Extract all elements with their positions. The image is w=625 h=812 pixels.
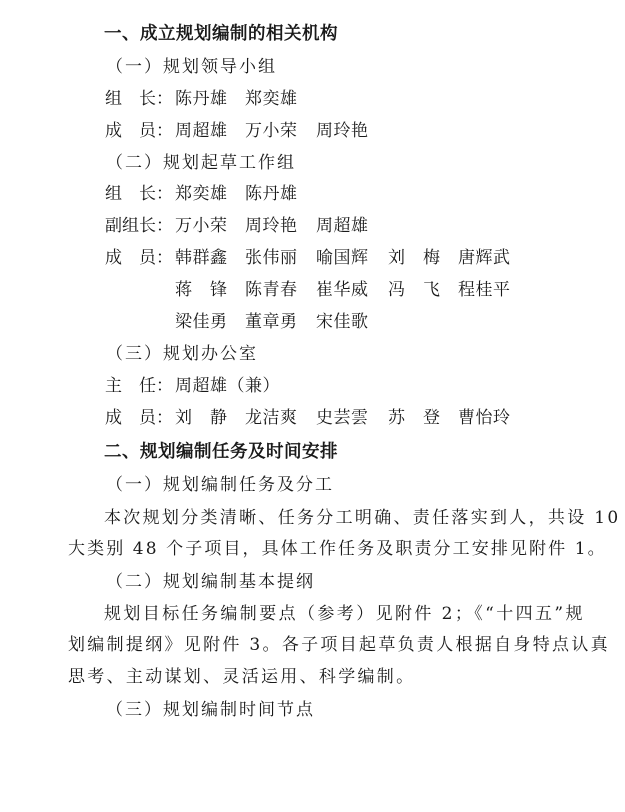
member-name: 龙洁爽	[245, 407, 298, 429]
member-name: 刘 静	[175, 407, 228, 429]
paragraph-line: 大类别 48 个子项目，具体工作任务及职责分工安排见附件 1。	[68, 538, 607, 560]
role-label: 成 员：	[105, 120, 173, 142]
subsection-title-planning-office: （三）规划办公室	[106, 343, 258, 365]
member-name: 史芸雲	[316, 407, 369, 429]
member-name: 崔华威	[316, 279, 369, 301]
member-name: 陈丹雄	[245, 183, 298, 205]
paragraph-line: 划编制提纲》见附件 3。各子项目起草负责人根据自身特点认真	[68, 634, 610, 656]
member-name: 程桂平	[458, 279, 511, 301]
member-name: 陈丹雄	[175, 88, 228, 110]
member-name: 冯 飞	[388, 279, 441, 301]
member-name: 郑奕雄	[175, 183, 228, 205]
document-page: 一、成立规划编制的相关机构 （一）规划领导小组 组 长： 陈丹雄 郑奕雄 成 员…	[0, 0, 625, 812]
member-name: 梁佳勇	[175, 311, 228, 333]
role-label: 成 员：	[105, 407, 173, 429]
section-heading-2: 二、规划编制任务及时间安排	[104, 441, 338, 463]
member-name: 蒋 锋	[175, 279, 228, 301]
member-name: 曹怡玲	[458, 407, 511, 429]
member-name: 张伟丽	[245, 247, 298, 269]
member-name: 万小荣	[175, 215, 228, 237]
subsection-title-timeline: （三）规划编制时间节点	[106, 699, 315, 721]
member-name: 陈青春	[245, 279, 298, 301]
role-label: 成 员：	[105, 247, 173, 269]
member-name: 韩群鑫	[175, 247, 228, 269]
member-name: 宋佳歌	[316, 311, 369, 333]
paragraph-line: 本次规划分类清晰、任务分工明确、责任落实到人，共设 10	[104, 507, 620, 529]
member-name: 喻国辉	[316, 247, 369, 269]
member-name: 唐辉武	[458, 247, 511, 269]
member-name: 刘 梅	[388, 247, 441, 269]
section-heading-1: 一、成立规划编制的相关机构	[104, 23, 338, 45]
subsection-title-outline: （二）规划编制基本提纲	[106, 571, 315, 593]
member-name: 苏 登	[388, 407, 441, 429]
subsection-title-tasks: （一）规划编制任务及分工	[106, 474, 334, 496]
member-name: 万小荣	[245, 120, 298, 142]
member-name: 周超雄	[316, 215, 369, 237]
member-name: 周超雄（兼）	[175, 375, 280, 397]
paragraph-line: 思考、主动谋划、灵活运用、科学编制。	[68, 666, 415, 688]
member-name: 郑奕雄	[245, 88, 298, 110]
paragraph-line: 规划目标任务编制要点（参考）见附件 2；《“十四五”规	[104, 603, 585, 625]
member-name: 周玲艳	[245, 215, 298, 237]
role-label: 组 长：	[105, 183, 173, 205]
role-label: 副组长：	[105, 215, 173, 237]
subsection-title-drafting-group: （二）规划起草工作组	[106, 152, 296, 174]
member-name: 周超雄	[175, 120, 228, 142]
subsection-title-leadership-group: （一）规划领导小组	[106, 56, 277, 78]
member-name: 周玲艳	[316, 120, 369, 142]
member-name: 董章勇	[245, 311, 298, 333]
role-label: 组 长：	[105, 88, 173, 110]
role-label: 主 任：	[105, 375, 173, 397]
